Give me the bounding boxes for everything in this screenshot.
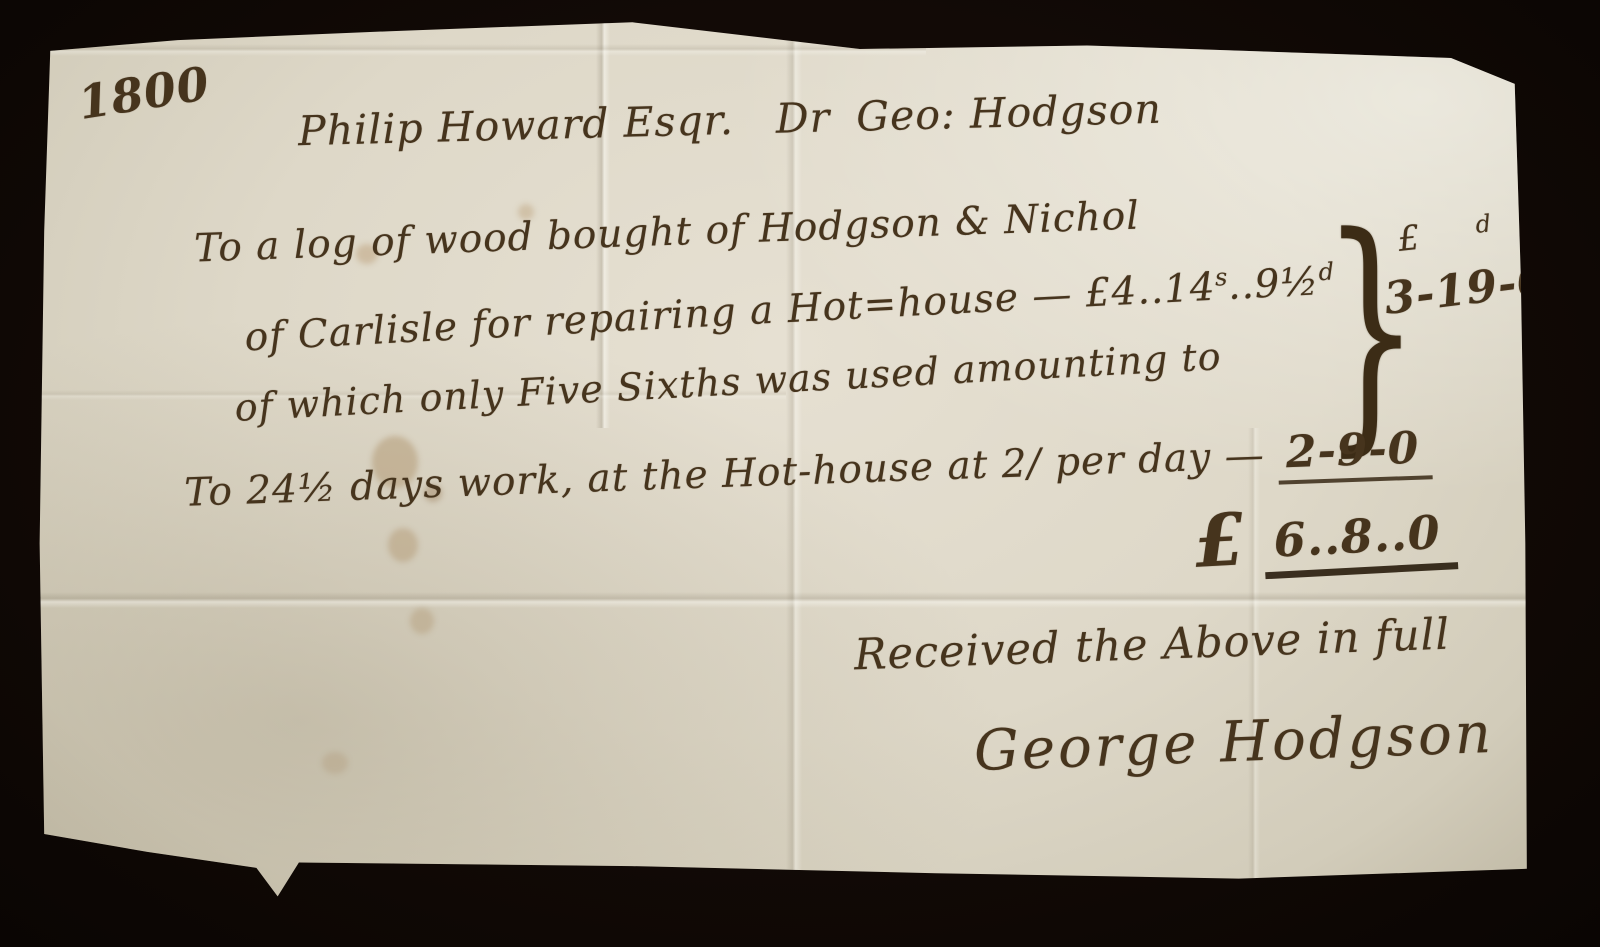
creditor-name: Geo: Hodgson xyxy=(856,85,1163,141)
dr-mark: Dr xyxy=(775,93,831,142)
currency-column-header: £d xyxy=(1396,216,1439,260)
total-amount: 6..8..0 xyxy=(1262,504,1458,579)
total-line: £6..8..0 xyxy=(1192,479,1458,578)
crease-line xyxy=(26,44,926,56)
item2-text: To 24½ days work, at the Hot-house at 2/… xyxy=(184,433,1279,516)
stain-blob xyxy=(322,752,348,774)
item1-line2-pence: ..9½ xyxy=(1227,259,1321,309)
pound-symbol: £ xyxy=(1396,218,1423,260)
stain-blob xyxy=(388,528,418,562)
crease-line xyxy=(26,592,1542,608)
bill-header: Philip Howard Esqr.DrGeo: Hodgson xyxy=(298,85,1163,156)
signature: George Hodgson xyxy=(973,701,1495,784)
year-text: 1800 xyxy=(75,56,214,130)
receipt-paper: 1800 Philip Howard Esqr.DrGeo: Hodgson T… xyxy=(26,8,1542,900)
item2-amount: 2-9-0 xyxy=(1277,422,1432,484)
item1-line1: To a log of wood bought of Hodgson & Nic… xyxy=(194,194,1141,272)
debtor-name: Philip Howard Esqr. xyxy=(298,96,735,155)
stain-blob xyxy=(410,608,434,634)
pence-symbol: d xyxy=(1474,209,1493,239)
total-pound-symbol: £ xyxy=(1192,496,1247,584)
received-note: Received the Above in full xyxy=(853,610,1451,681)
